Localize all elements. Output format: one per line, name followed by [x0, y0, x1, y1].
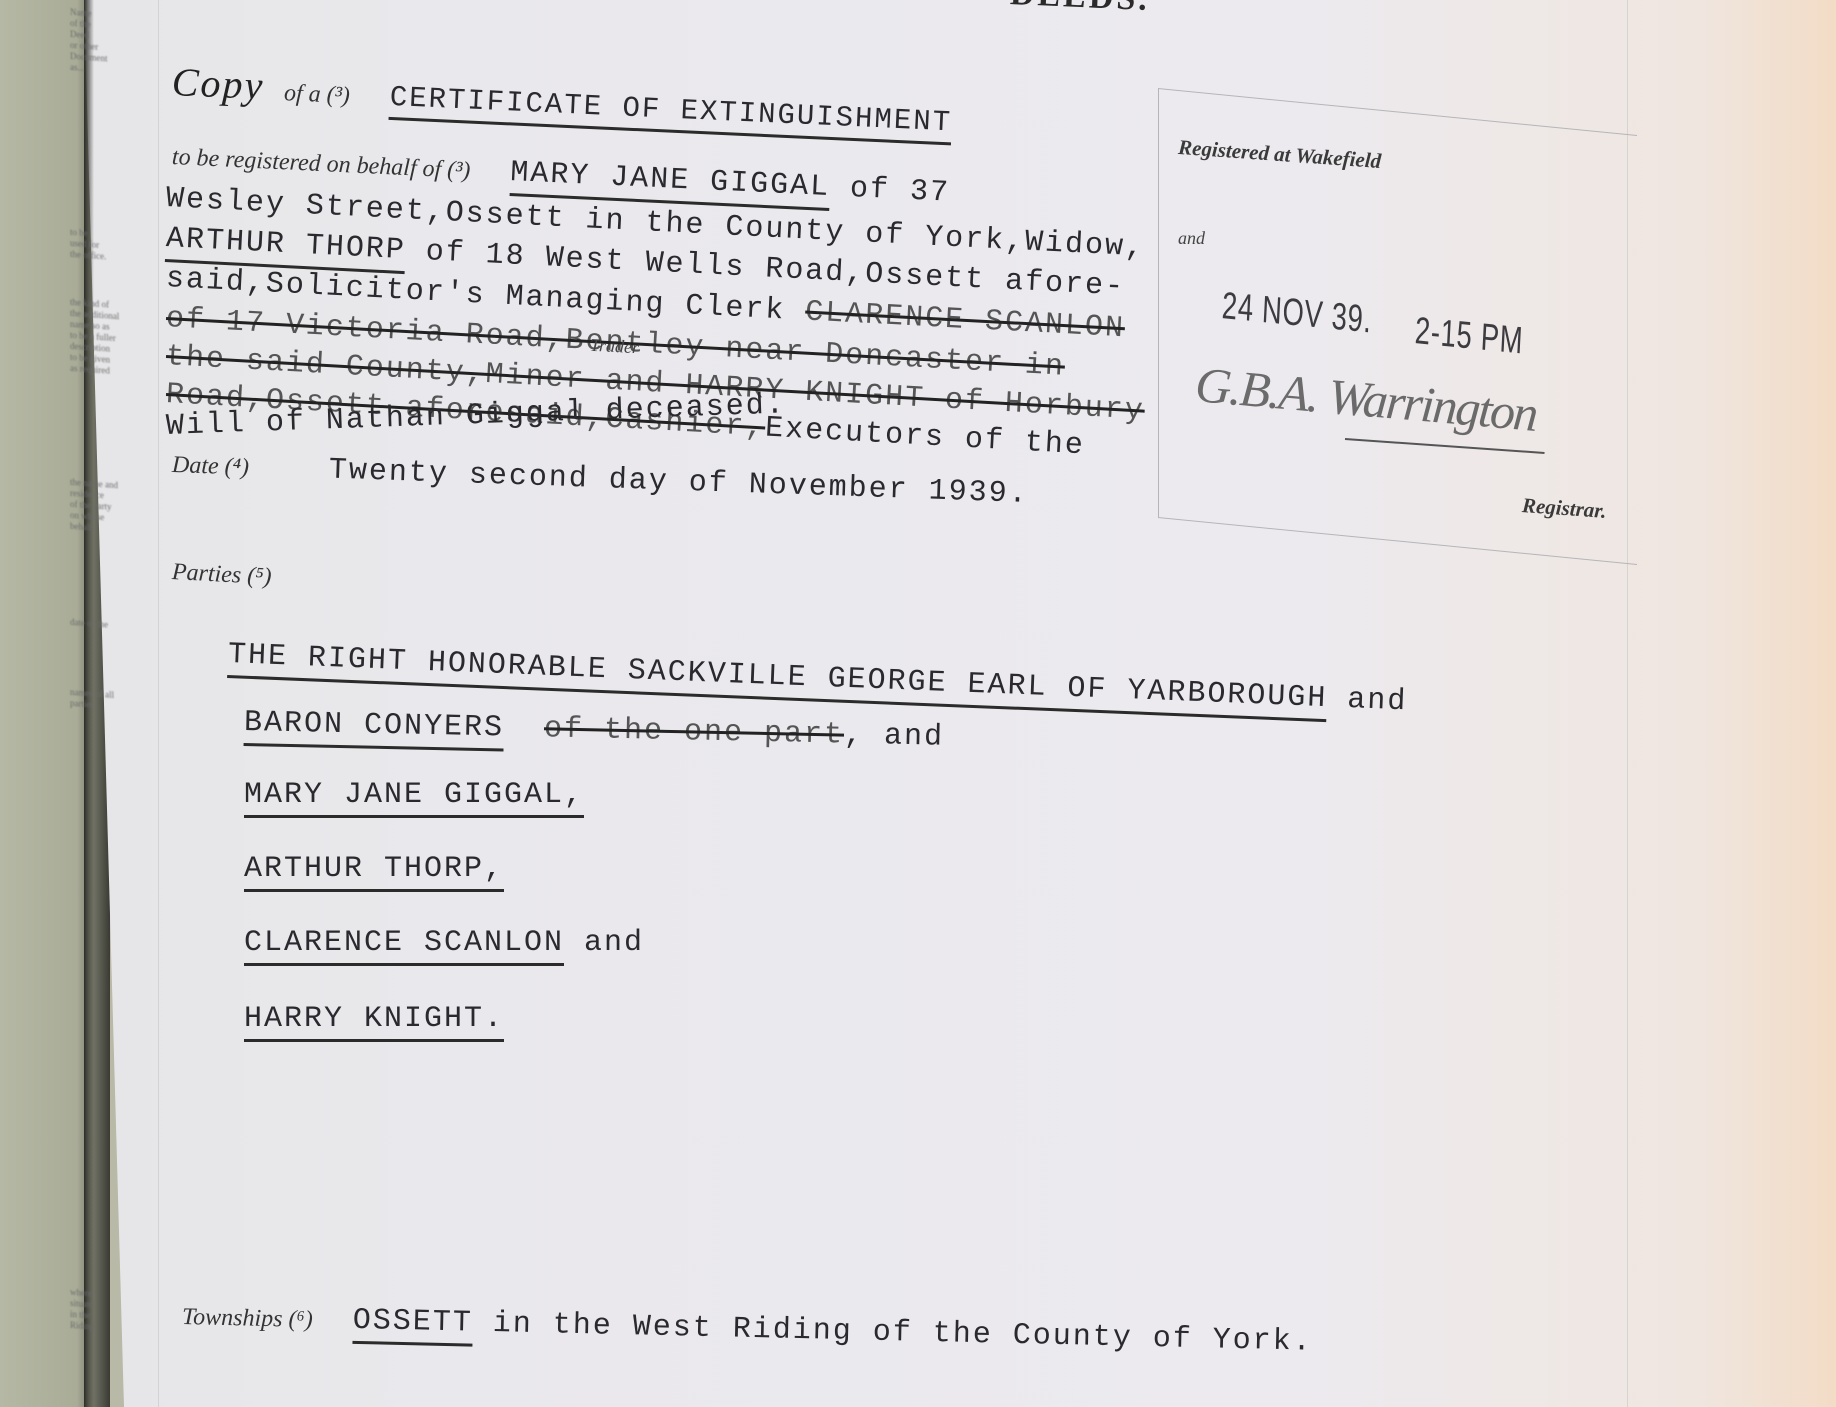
copy-label: Copy: [171, 59, 265, 108]
party-suffix: and: [564, 926, 644, 960]
date-label: Date (⁴): [172, 452, 250, 481]
party-row: ARTHUR THORP,: [244, 852, 504, 886]
of-a-label: of a (³): [283, 80, 350, 109]
margin-note: to be used for the office.: [70, 227, 150, 266]
party-row: HARRY KNIGHT.: [244, 1002, 504, 1036]
party-suffix: and: [1327, 682, 1408, 719]
margin-note: names of all parties: [70, 687, 150, 715]
party-name: MARY JANE GIGGAL,: [244, 778, 584, 818]
margin-note: the kind of the additional name so as to…: [70, 297, 150, 380]
parties-label-line: Parties (⁵): [171, 555, 272, 594]
party-name: CLARENCE SCANLON: [244, 926, 564, 966]
party-row: MARY JANE GIGGAL,: [244, 778, 584, 812]
struck-text: of the one part: [544, 712, 845, 752]
margin-notes: Name of the Deed or other Document as...…: [70, 0, 160, 1407]
party-name: HARRY KNIGHT.: [244, 1002, 504, 1042]
handwritten-insert-trader: Trader: [589, 335, 639, 359]
parties-label: Parties (⁵): [171, 559, 272, 590]
townships-label: Townships (⁶): [182, 1304, 313, 1333]
party-name: ARTHUR THORP,: [244, 852, 504, 892]
applicant-text: of 37: [829, 171, 950, 211]
margin-note: Name of the Deed or other Document as...: [70, 7, 150, 79]
party-row: CLARENCE SCANLON and: [244, 926, 644, 960]
party-name: BARON CONYERS: [244, 706, 505, 751]
margin-note: where situate in the Riding: [70, 1287, 150, 1337]
party-suffix: , and: [844, 719, 945, 755]
township-name: OSSETT: [352, 1304, 473, 1347]
margin-note: date of the: [70, 617, 150, 634]
margin-note: the name and residence of the party on w…: [70, 477, 150, 538]
